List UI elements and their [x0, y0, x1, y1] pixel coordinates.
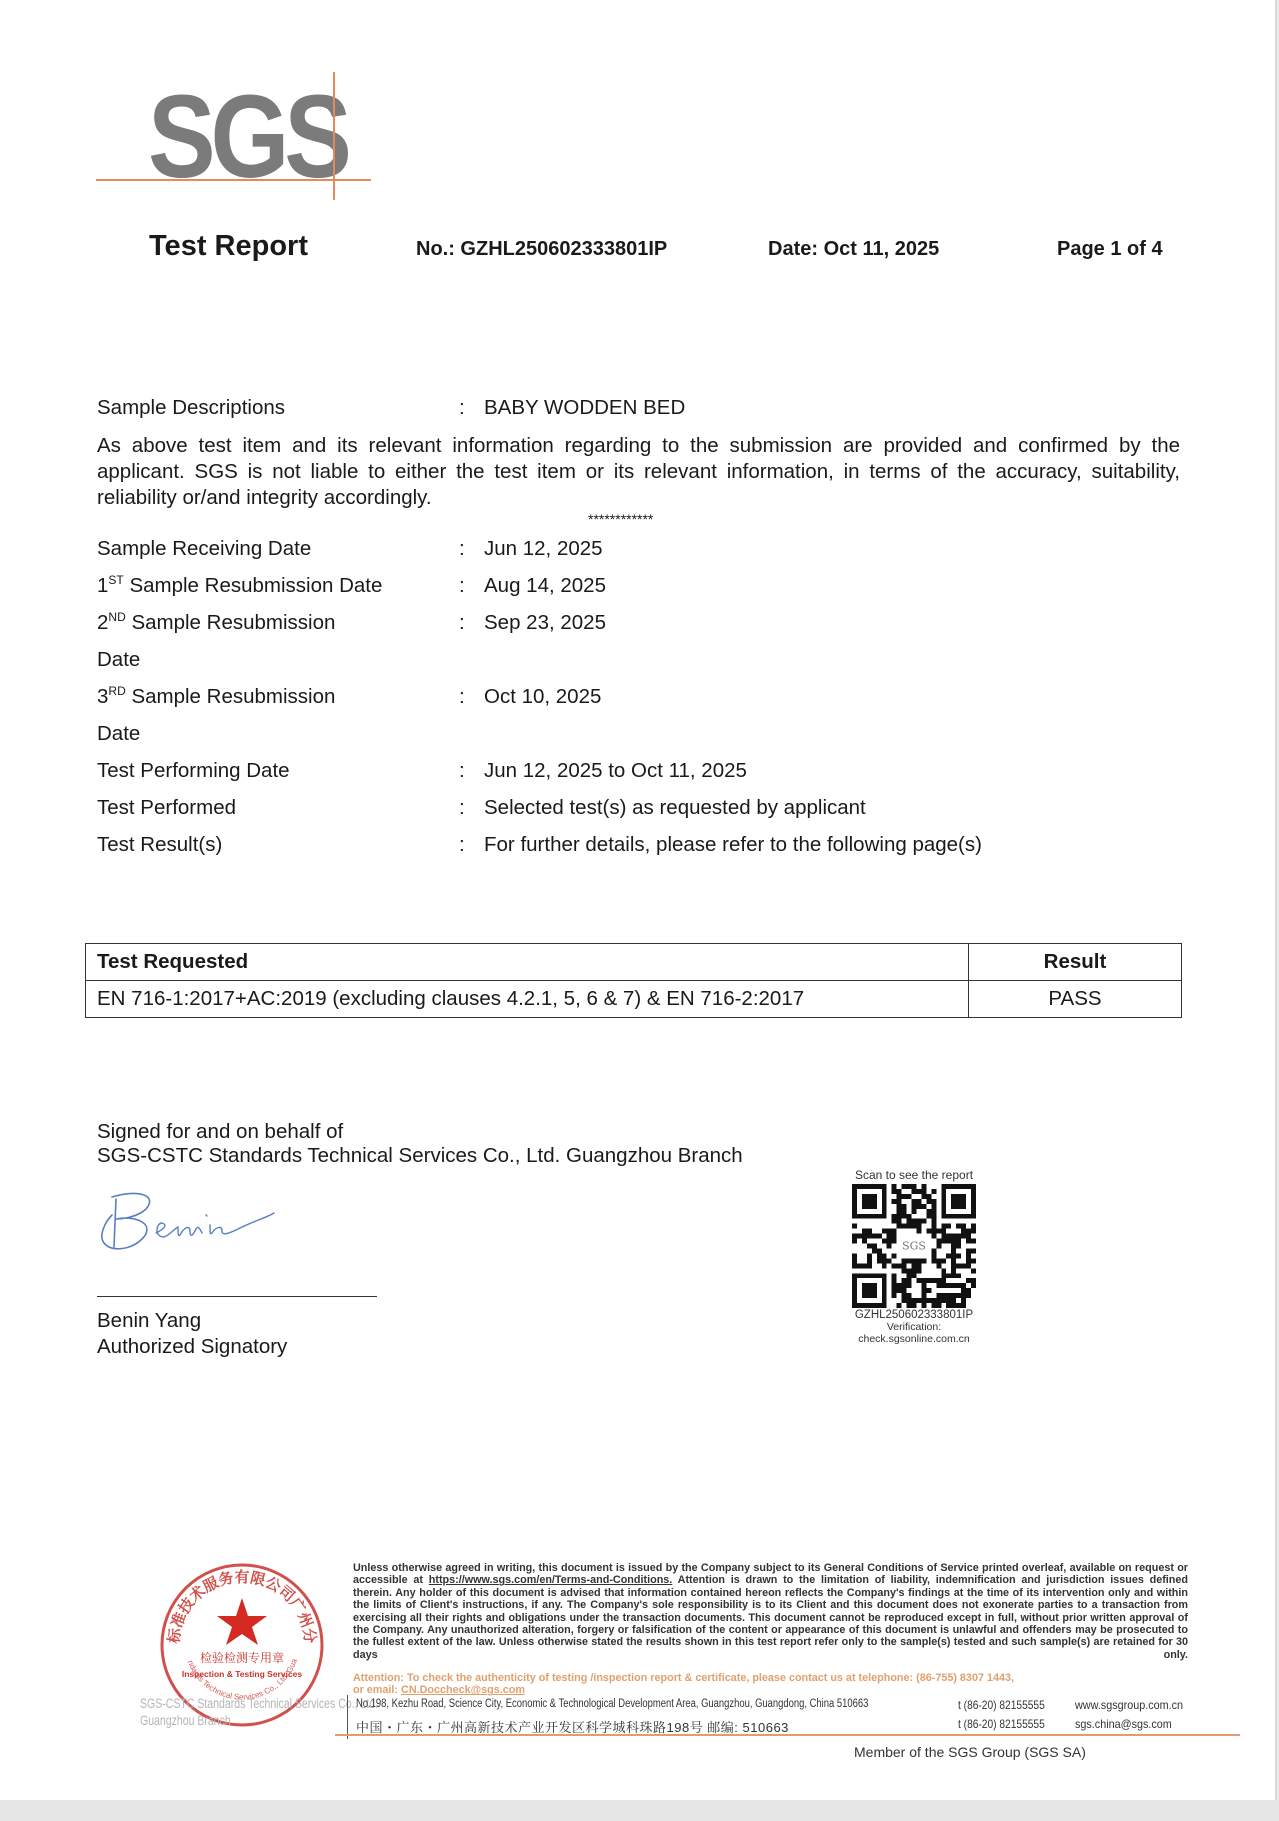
sgs-group-membership: Member of the SGS Group (SGS SA) — [854, 1744, 1086, 1760]
field-colon: : — [459, 574, 465, 598]
table-row: EN 716-1:2017+AC:2019 (excluding clauses… — [86, 981, 1182, 1018]
field-label: Test Result(s) — [97, 833, 222, 857]
field-value: Sep 23, 2025 — [484, 611, 606, 635]
viewer-bottom-edge — [0, 1800, 1279, 1821]
logo-vertical-rule — [333, 72, 335, 200]
report-number: No.: GZHL250602333801IP — [416, 238, 667, 261]
handwritten-signature — [98, 1185, 298, 1265]
field-colon: : — [459, 759, 465, 783]
ordinal-number: 1 — [97, 574, 108, 597]
footer-rule — [335, 1734, 1240, 1736]
legal-text-part2: Attention is drawn to the limitation of … — [353, 1574, 1188, 1660]
page-indicator: Page 1 of 4 — [1057, 238, 1163, 261]
ordinal-suffix: ST — [108, 573, 123, 587]
attention-line1: Attention: To check the authenticity of … — [353, 1672, 1188, 1684]
website-link[interactable]: www.sgsgroup.com.cn — [1075, 1698, 1183, 1712]
sgs-logo: SGS — [96, 72, 376, 202]
label-text: Sample Resubmission — [126, 685, 336, 708]
ordinal-suffix: ND — [108, 610, 125, 624]
field-colon: : — [459, 685, 465, 709]
field-label: Sample Descriptions — [97, 396, 285, 420]
label-text: Sample Resubmission — [126, 611, 336, 634]
field-colon: : — [459, 396, 465, 420]
qr-report-id: GZHL250602333801IP — [846, 1309, 982, 1321]
email-link[interactable]: sgs.china@sgs.com — [1075, 1717, 1172, 1731]
report-page: SGS Test Report No.: GZHL250602333801IP … — [0, 0, 1277, 1800]
field-label: 1ST Sample Resubmission Date — [97, 574, 382, 598]
field-value: BABY WODDEN BED — [484, 396, 685, 420]
field-label: Sample Receiving Date — [97, 537, 311, 561]
signing-company: SGS-CSTC Standards Technical Services Co… — [97, 1143, 743, 1169]
separator-stars: ************ — [588, 511, 653, 527]
contact-address-block: No.198, Kezhu Road, Science City, Econom… — [347, 1695, 1188, 1739]
qr-verification-label: Verification: — [846, 1321, 982, 1333]
field-value: Jun 12, 2025 — [484, 537, 603, 561]
logo-horizontal-rule — [96, 179, 371, 181]
cell-test-requested: EN 716-1:2017+AC:2019 (excluding clauses… — [86, 981, 969, 1018]
legal-terms-text: Unless otherwise agreed in writing, this… — [353, 1562, 1188, 1661]
field-label-continued: Date — [97, 648, 140, 672]
terms-link[interactable]: https://www.sgs.com/en/Terms-and-Conditi… — [429, 1574, 673, 1586]
field-value: For further details, please refer to the… — [484, 833, 982, 857]
address-english: No.198, Kezhu Road, Science City, Econom… — [356, 1698, 868, 1710]
ordinal-suffix: RD — [108, 684, 125, 698]
signed-on-behalf-label: Signed for and on behalf of — [97, 1119, 343, 1145]
field-label: Test Performed — [97, 796, 236, 820]
header-result: Result — [969, 944, 1182, 981]
cell-result: PASS — [969, 981, 1182, 1018]
field-colon: : — [459, 537, 465, 561]
report-title: Test Report — [149, 230, 308, 263]
telephone-2: t (86-20) 82155555 — [958, 1717, 1045, 1731]
field-label: Test Performing Date — [97, 759, 290, 783]
report-date: Date: Oct 11, 2025 — [768, 238, 939, 261]
svg-text:检验检测专用章: 检验检测专用章 — [200, 1650, 284, 1665]
stamp-caption-line2: Guangzhou Branch — [140, 1712, 378, 1729]
field-label: 3RD Sample Resubmission — [97, 685, 335, 709]
svg-text:SGS: SGS — [902, 1239, 926, 1252]
verification-qr-block: Scan to see the report SGS GZHL250602333… — [846, 1168, 982, 1345]
qr-code-icon[interactable]: SGS — [852, 1184, 976, 1308]
field-value: Oct 10, 2025 — [484, 685, 601, 709]
field-value: Jun 12, 2025 to Oct 11, 2025 — [484, 759, 747, 783]
field-colon: : — [459, 796, 465, 820]
field-colon: : — [459, 611, 465, 635]
qr-verification-url[interactable]: check.sgsonline.com.cn — [846, 1333, 982, 1345]
stamp-caption-line1: SGS-CSTC Standards Technical Services Co… — [140, 1695, 378, 1712]
label-text: Sample Resubmission Date — [124, 574, 383, 597]
applicant-disclaimer: As above test item and its relevant info… — [97, 433, 1180, 511]
field-value: Aug 14, 2025 — [484, 574, 606, 598]
signature-line — [97, 1296, 377, 1297]
field-label: 2ND Sample Resubmission — [97, 611, 335, 635]
table-header-row: Test Requested Result — [86, 944, 1182, 981]
field-label-continued: Date — [97, 722, 140, 746]
qr-caption: Scan to see the report — [846, 1168, 982, 1182]
test-results-table: Test Requested Result EN 716-1:2017+AC:2… — [85, 943, 1182, 1018]
field-colon: : — [459, 833, 465, 857]
field-value: Selected test(s) as requested by applica… — [484, 796, 866, 820]
ordinal-number: 3 — [97, 685, 108, 708]
ordinal-number: 2 — [97, 611, 108, 634]
authenticity-notice: Attention: To check the authenticity of … — [353, 1672, 1188, 1697]
stamp-caption: SGS-CSTC Standards Technical Services Co… — [140, 1695, 378, 1729]
report-footer: 通标标准技术服务有限公司广州分公司 检验检测专用章 Inspection & T… — [95, 1552, 1170, 1780]
signatory-title: Authorized Signatory — [97, 1334, 287, 1360]
telephone-1: t (86-20) 82155555 — [958, 1698, 1045, 1712]
signatory-name: Benin Yang — [97, 1308, 201, 1334]
header-test-requested: Test Requested — [86, 944, 969, 981]
